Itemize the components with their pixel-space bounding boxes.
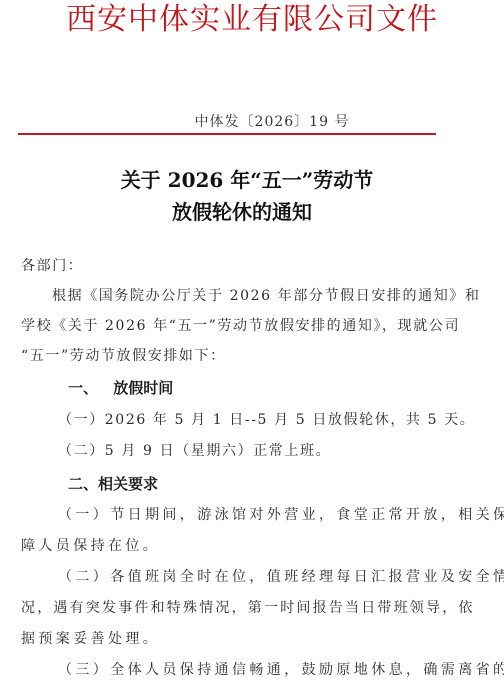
section-2-item-3-line-1: （三）全体人员保持通信畅通，鼓励原地休息，确需离省的 [58, 660, 504, 680]
red-divider-line [18, 133, 436, 135]
intro-line-1: 根据《国务院办公厅关于 2026 年部分节假日安排的通知》和 [52, 286, 481, 306]
section-2-item-2-line-2: 况，遇有突发事件和特殊情况，第一时间报告当日带班领导，依 [21, 598, 475, 618]
org-letterhead-title: 西安中体实业有限公司文件 [0, 2, 504, 38]
salutation: 各部门： [21, 256, 83, 276]
section-2-item-2-line-1: （二）各值班岗全时在位，值班经理每日汇报营业及安全情 [58, 567, 504, 587]
section-1-item-1: （一）2026 年 5 月 1 日--5 月 5 日放假轮休，共 5 天。 [58, 410, 475, 430]
section-2-item-2-line-3: 据预案妥善处理。 [21, 629, 160, 649]
section-heading-1: 一、 放假时间 [68, 378, 173, 398]
section-1-item-2: （二）5 月 9 日（星期六）正常上班。 [58, 441, 331, 461]
notice-title-line-2: 放假轮休的通知 [0, 199, 504, 225]
intro-line-2: 学校《关于 2026 年“五一”劳动节放假安排的通知》，现就公司 [21, 316, 460, 336]
section-heading-2: 二、相关要求 [68, 474, 158, 494]
notice-title-line-1: 关于 2026 年“五一”劳动节 [0, 167, 504, 193]
intro-line-3: “五一”劳动节放假安排如下： [21, 346, 226, 366]
section-2-item-1-line-2: 障人员保持在位。 [21, 536, 160, 556]
section-2-item-1-line-1: （一）节日期间，游泳馆对外营业，食堂正常开放，相关保 [58, 505, 504, 525]
document-number: 中体发〔2026〕19 号 [0, 113, 504, 131]
